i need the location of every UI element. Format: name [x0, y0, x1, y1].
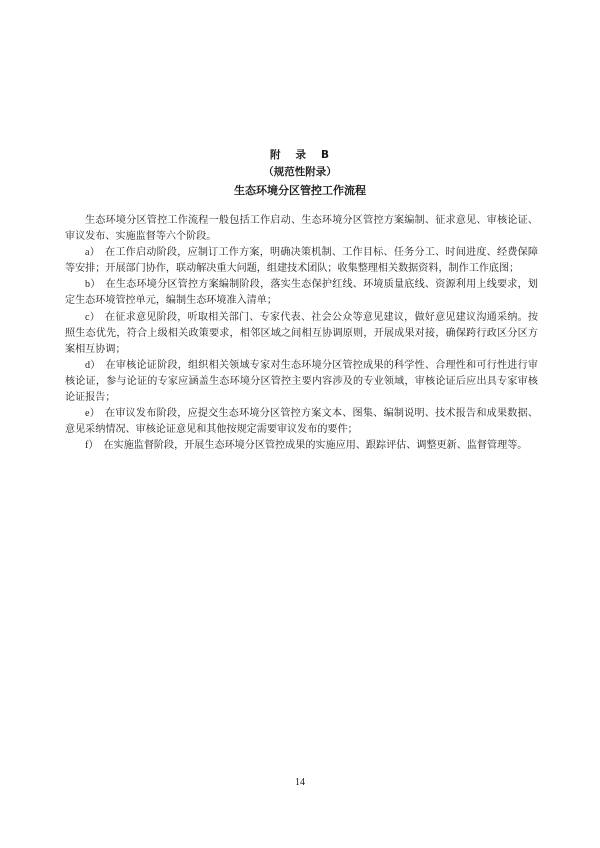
list-item-a: a）在工作启动阶段，应制订工作方案，明确决策机制、工作目标、任务分工、时间进度、… — [65, 245, 538, 277]
item-text: 在工作启动阶段，应制订工作方案，明确决策机制、工作目标、任务分工、时间进度、经费… — [65, 247, 538, 274]
appendix-letter: B — [321, 149, 330, 161]
item-text: 在实施监督阶段，开展生态环境分区管控成果的实施应用、跟踪评估、调整更新、监督管理… — [103, 440, 527, 451]
body-text: 生态环境分区管控工作流程一般包括工作启动、生态环境分区管控方案编制、征求意见、审… — [65, 213, 538, 454]
appendix-title: 生态环境分区管控工作流程 — [0, 182, 600, 198]
item-label: e） — [85, 408, 100, 419]
appendix-label-2: 录 — [295, 149, 307, 161]
list-item-e: e）在审议发布阶段，应提交生态环境分区管控方案文本、图集、编制说明、技术报告和成… — [65, 406, 538, 438]
item-label: d） — [85, 360, 101, 371]
page-number: 14 — [0, 777, 600, 788]
document-page: 附录B （规范性附录） 生态环境分区管控工作流程 生态环境分区管控工作流程一般包… — [0, 0, 600, 848]
list-item-d: d）在审核论证阶段，组织相关领域专家对生态环境分区管控成果的科学性、合理性和可行… — [65, 358, 538, 406]
item-text: 在审议发布阶段，应提交生态环境分区管控方案文本、图集、编制说明、技术报告和成果数… — [65, 408, 538, 435]
item-label: b） — [85, 279, 101, 290]
item-label: c） — [85, 312, 100, 323]
item-text: 在征求意见阶段，听取相关部门、专家代表、社会公众等意见建议，做好意见建议沟通采纳… — [65, 312, 538, 355]
item-text: 在审核论证阶段，组织相关领域专家对生态环境分区管控成果的科学性、合理性和可行性进… — [65, 360, 538, 403]
list-item-c: c）在征求意见阶段，听取相关部门、专家代表、社会公众等意见建议，做好意见建议沟通… — [65, 310, 538, 358]
item-label: a） — [85, 247, 100, 258]
item-label: f） — [85, 440, 98, 451]
appendix-heading: 附录B — [0, 147, 600, 162]
list-item-f: f）在实施监督阶段，开展生态环境分区管控成果的实施应用、跟踪评估、调整更新、监督… — [65, 438, 538, 454]
appendix-label: 附 — [270, 149, 282, 161]
list-item-b: b）在生态环境分区管控方案编制阶段，落实生态保护红线、环境质量底线、资源利用上线… — [65, 277, 538, 309]
item-text: 在生态环境分区管控方案编制阶段，落实生态保护红线、环境质量底线、资源利用上线要求… — [65, 279, 538, 306]
normative-note: （规范性附录） — [0, 164, 600, 179]
intro-paragraph: 生态环境分区管控工作流程一般包括工作启动、生态环境分区管控方案编制、征求意见、审… — [65, 213, 538, 245]
